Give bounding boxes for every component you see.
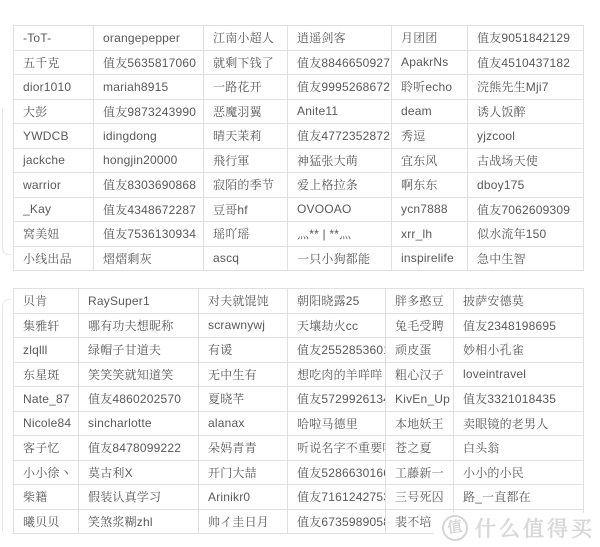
username-cell: ascq <box>204 246 288 271</box>
username-cell: ApakrNs <box>392 50 468 75</box>
username-cell: 帅イ圭日月 <box>199 509 288 534</box>
username-cell: 飛行軍 <box>204 148 288 173</box>
cropped-left-border-top <box>2 108 11 255</box>
username-cell: 白头翁 <box>454 436 584 461</box>
username-cell: yjzcool <box>468 124 584 149</box>
username-cell: 值友8478099222 <box>79 436 199 461</box>
username-cell: 值友2552853601 <box>288 338 386 363</box>
username-cell: 假装认真学习 <box>79 485 199 510</box>
username-cell: 寂陌的季节 <box>204 173 288 198</box>
username-cell: 值友8846650927 <box>288 50 392 75</box>
username-cell: 小小的小民 <box>454 460 584 485</box>
table-row: dior1010mariah8915一路花开值友9995268672聆听echo… <box>14 75 584 100</box>
username-cell: 无中生有 <box>199 362 288 387</box>
username-cell: 神猛张大萌 <box>288 148 392 173</box>
username-cell: sincharlotte <box>79 411 199 436</box>
username-cell: 胖多憨豆 <box>386 289 454 314</box>
username-cell: 值友5286630166 <box>288 460 386 485</box>
table-row: 贝肯RaySuper1对夫就馄饨朝阳晓露25胖多憨豆披萨安德莫 <box>14 289 584 314</box>
username-cell: 一路花开 <box>204 75 288 100</box>
winner-table-1: -ToT-orangepepper江南小超人逍遥剑客月团团值友905184212… <box>13 25 584 271</box>
table-row: 小小徐丶莫古利X开门大喆值友5286630166工藤新一小小的小民 <box>14 460 584 485</box>
username-cell: 古战场天使 <box>468 148 584 173</box>
watermark-text: 什么值得买 <box>475 513 595 543</box>
username-cell: Nicole84 <box>14 411 79 436</box>
username-cell: zlqlll <box>14 338 79 363</box>
username-cell: 值友2348198695 <box>454 313 584 338</box>
username-cell: YWDCB <box>14 124 94 149</box>
username-cell: 晴天茉莉 <box>204 124 288 149</box>
username-cell: 月团团 <box>392 26 468 51</box>
username-cell: 逍遥剑客 <box>288 26 392 51</box>
username-cell: 披萨安德莫 <box>454 289 584 314</box>
username-cell: 对夫就馄饨 <box>199 289 288 314</box>
username-cell: 急中生智 <box>468 246 584 271</box>
username-cell: 开门大喆 <box>199 460 288 485</box>
username-cell: 柴籍 <box>14 485 79 510</box>
smzdm-logo-icon: 值 <box>440 513 469 542</box>
username-cell: 卖眼镜的老男人 <box>454 411 584 436</box>
table-row: zlqlll绿帽子甘道夫有谖值友2552853601顽皮蛋妙相小孔雀 <box>14 338 584 363</box>
username-cell: 秀逗 <box>392 124 468 149</box>
username-cell: 值友4510437182 <box>468 50 584 75</box>
username-cell: 本地妖王 <box>386 411 454 436</box>
username-cell: 笑笑笑就知道笑 <box>79 362 199 387</box>
username-cell: 集雅轩 <box>14 313 79 338</box>
username-cell: loveintravel <box>454 362 584 387</box>
table-row: 集雅轩哪有功夫想昵称scrawnywj天壤劫火cc兔毛受聘值友234819869… <box>14 313 584 338</box>
username-cell: 灬** | **灬 <box>288 222 392 247</box>
username-cell: 绿帽子甘道夫 <box>79 338 199 363</box>
username-cell: 妙相小孔雀 <box>454 338 584 363</box>
table-row: 五千克值友5635817060就剩下钱了值友8846650927ApakrNs值… <box>14 50 584 75</box>
username-cell: 曦贝贝 <box>14 509 79 534</box>
username-cell: alanax <box>199 411 288 436</box>
username-cell: 值友4860202570 <box>79 387 199 412</box>
username-cell: 值友7062609309 <box>468 197 584 222</box>
username-cell: 一只小狗都能 <box>288 246 392 271</box>
username-cell: 天壤劫火cc <box>288 313 386 338</box>
username-cell: 小小徐丶 <box>14 460 79 485</box>
username-cell: 苍之夏 <box>386 436 454 461</box>
username-cell: jackche <box>14 148 94 173</box>
username-cell: 就剩下钱了 <box>204 50 288 75</box>
username-cell: 豆哥hf <box>204 197 288 222</box>
username-cell: dior1010 <box>14 75 94 100</box>
table-row: 窝美妞值友7536130934瑶吖瑶灬** | **灬xrr_lh似水流年150 <box>14 222 584 247</box>
username-cell: 贝肯 <box>14 289 79 314</box>
username-cell: KivEn_Up <box>386 387 454 412</box>
username-cell: 江南小超人 <box>204 26 288 51</box>
username-cell: 爱上格拉条 <box>288 173 392 198</box>
table-row: 客子忆值友8478099222朵妈青青听说名字不重要啊苍之夏白头翁 <box>14 436 584 461</box>
username-cell: 哪有功夫想昵称 <box>79 313 199 338</box>
username-cell: 值友5729926134 <box>288 387 386 412</box>
username-cell: 小线出品 <box>14 246 94 271</box>
username-cell: scrawnywj <box>199 313 288 338</box>
username-cell: 路_一直都在 <box>454 485 584 510</box>
winners-list-screenshot: -ToT-orangepepper江南小超人逍遥剑客月团团值友905184212… <box>0 0 600 547</box>
username-cell: ycn7888 <box>392 197 468 222</box>
username-cell: 粗心汉子 <box>386 362 454 387</box>
username-cell: OVOOAO <box>288 197 392 222</box>
username-cell: 朵妈青青 <box>199 436 288 461</box>
username-cell: 似水流年150 <box>468 222 584 247</box>
username-cell: mariah8915 <box>94 75 204 100</box>
username-cell: xrr_lh <box>392 222 468 247</box>
username-cell: -ToT- <box>14 26 94 51</box>
username-cell: 莫古利X <box>79 460 199 485</box>
username-cell: Arinikr0 <box>199 485 288 510</box>
username-cell: 三号死囚 <box>386 485 454 510</box>
username-cell: Anite11 <box>288 99 392 124</box>
table-row: _Kay值友4348672287豆哥hfOVOOAOycn7888值友70626… <box>14 197 584 222</box>
table-row: 大彭值友9873243990恶魔羽翼Anite11deam诱人饭醉 <box>14 99 584 124</box>
username-cell: 有谖 <box>199 338 288 363</box>
username-cell: idingdong <box>94 124 204 149</box>
username-cell: 值友9051842129 <box>468 26 584 51</box>
username-cell: 朝阳晓露25 <box>288 289 386 314</box>
username-cell: deam <box>392 99 468 124</box>
username-cell: 恶魔羽翼 <box>204 99 288 124</box>
table-row: 柴籍假装认真学习Arinikr0值友7161242753三号死囚路_一直都在 <box>14 485 584 510</box>
table-row: 小线出品熠熠剩灰ascq一只小狗都能inspirelife急中生智 <box>14 246 584 271</box>
username-cell: 浣熊先生Mji7 <box>468 75 584 100</box>
username-cell: 值友9873243990 <box>94 99 204 124</box>
table-row: Nicole84sincharlottealanax哈啦马德里本地妖王卖眼镜的老… <box>14 411 584 436</box>
username-cell: 值友4772352872 <box>288 124 392 149</box>
username-cell: 窝美妞 <box>14 222 94 247</box>
cropped-left-border-bottom <box>2 299 11 531</box>
username-cell: 五千克 <box>14 50 94 75</box>
username-cell: 兔毛受聘 <box>386 313 454 338</box>
username-cell: 哈啦马德里 <box>288 411 386 436</box>
username-cell: 大彭 <box>14 99 94 124</box>
table-row: -ToT-orangepepper江南小超人逍遥剑客月团团值友905184212… <box>14 26 584 51</box>
username-cell: orangepepper <box>94 26 204 51</box>
username-cell: hongjin20000 <box>94 148 204 173</box>
username-cell: 笑煞浆糊zhl <box>79 509 199 534</box>
username-cell: 听说名字不重要啊 <box>288 436 386 461</box>
table-row: warrior值友8303690868寂陌的季节爱上格拉条啊东东dboy175 <box>14 173 584 198</box>
table-row: Nate_87值友4860202570夏晓芊值友5729926134KivEn_… <box>14 387 584 412</box>
username-cell: 东星斑 <box>14 362 79 387</box>
username-cell: Nate_87 <box>14 387 79 412</box>
table-row: jackchehongjin20000飛行軍神猛张大萌宜东风古战场天使 <box>14 148 584 173</box>
username-cell: 顽皮蛋 <box>386 338 454 363</box>
table-row: YWDCBidingdong晴天茉莉值友4772352872秀逗yjzcool <box>14 124 584 149</box>
username-cell: 想吃肉的羊咩咩 <box>288 362 386 387</box>
username-cell: 值友4348672287 <box>94 197 204 222</box>
table-row: 东星斑笑笑笑就知道笑无中生有想吃肉的羊咩咩粗心汉子loveintravel <box>14 362 584 387</box>
username-cell: 宜东风 <box>392 148 468 173</box>
username-cell: 值友9995268672 <box>288 75 392 100</box>
username-cell: _Kay <box>14 197 94 222</box>
username-cell: 啊东东 <box>392 173 468 198</box>
smzdm-watermark: 值 什么值得买 <box>434 513 595 543</box>
winner-table-2: 贝肯RaySuper1对夫就馄饨朝阳晓露25胖多憨豆披萨安德莫集雅轩哪有功夫想昵… <box>13 288 584 534</box>
username-cell: 诱人饭醉 <box>468 99 584 124</box>
username-cell: 值友3321018435 <box>454 387 584 412</box>
username-cell: 值友6735989058 <box>288 509 386 534</box>
username-cell: 值友7536130934 <box>94 222 204 247</box>
username-cell: 值友7161242753 <box>288 485 386 510</box>
username-cell: 瑶吖瑶 <box>204 222 288 247</box>
username-cell: 值友8303690868 <box>94 173 204 198</box>
username-cell: RaySuper1 <box>79 289 199 314</box>
username-cell: 客子忆 <box>14 436 79 461</box>
username-cell: 工藤新一 <box>386 460 454 485</box>
username-cell: 聆听echo <box>392 75 468 100</box>
username-cell: 熠熠剩灰 <box>94 246 204 271</box>
username-cell: inspirelife <box>392 246 468 271</box>
username-cell: 夏晓芊 <box>199 387 288 412</box>
username-cell: 值友5635817060 <box>94 50 204 75</box>
username-cell: warrior <box>14 173 94 198</box>
username-cell: dboy175 <box>468 173 584 198</box>
